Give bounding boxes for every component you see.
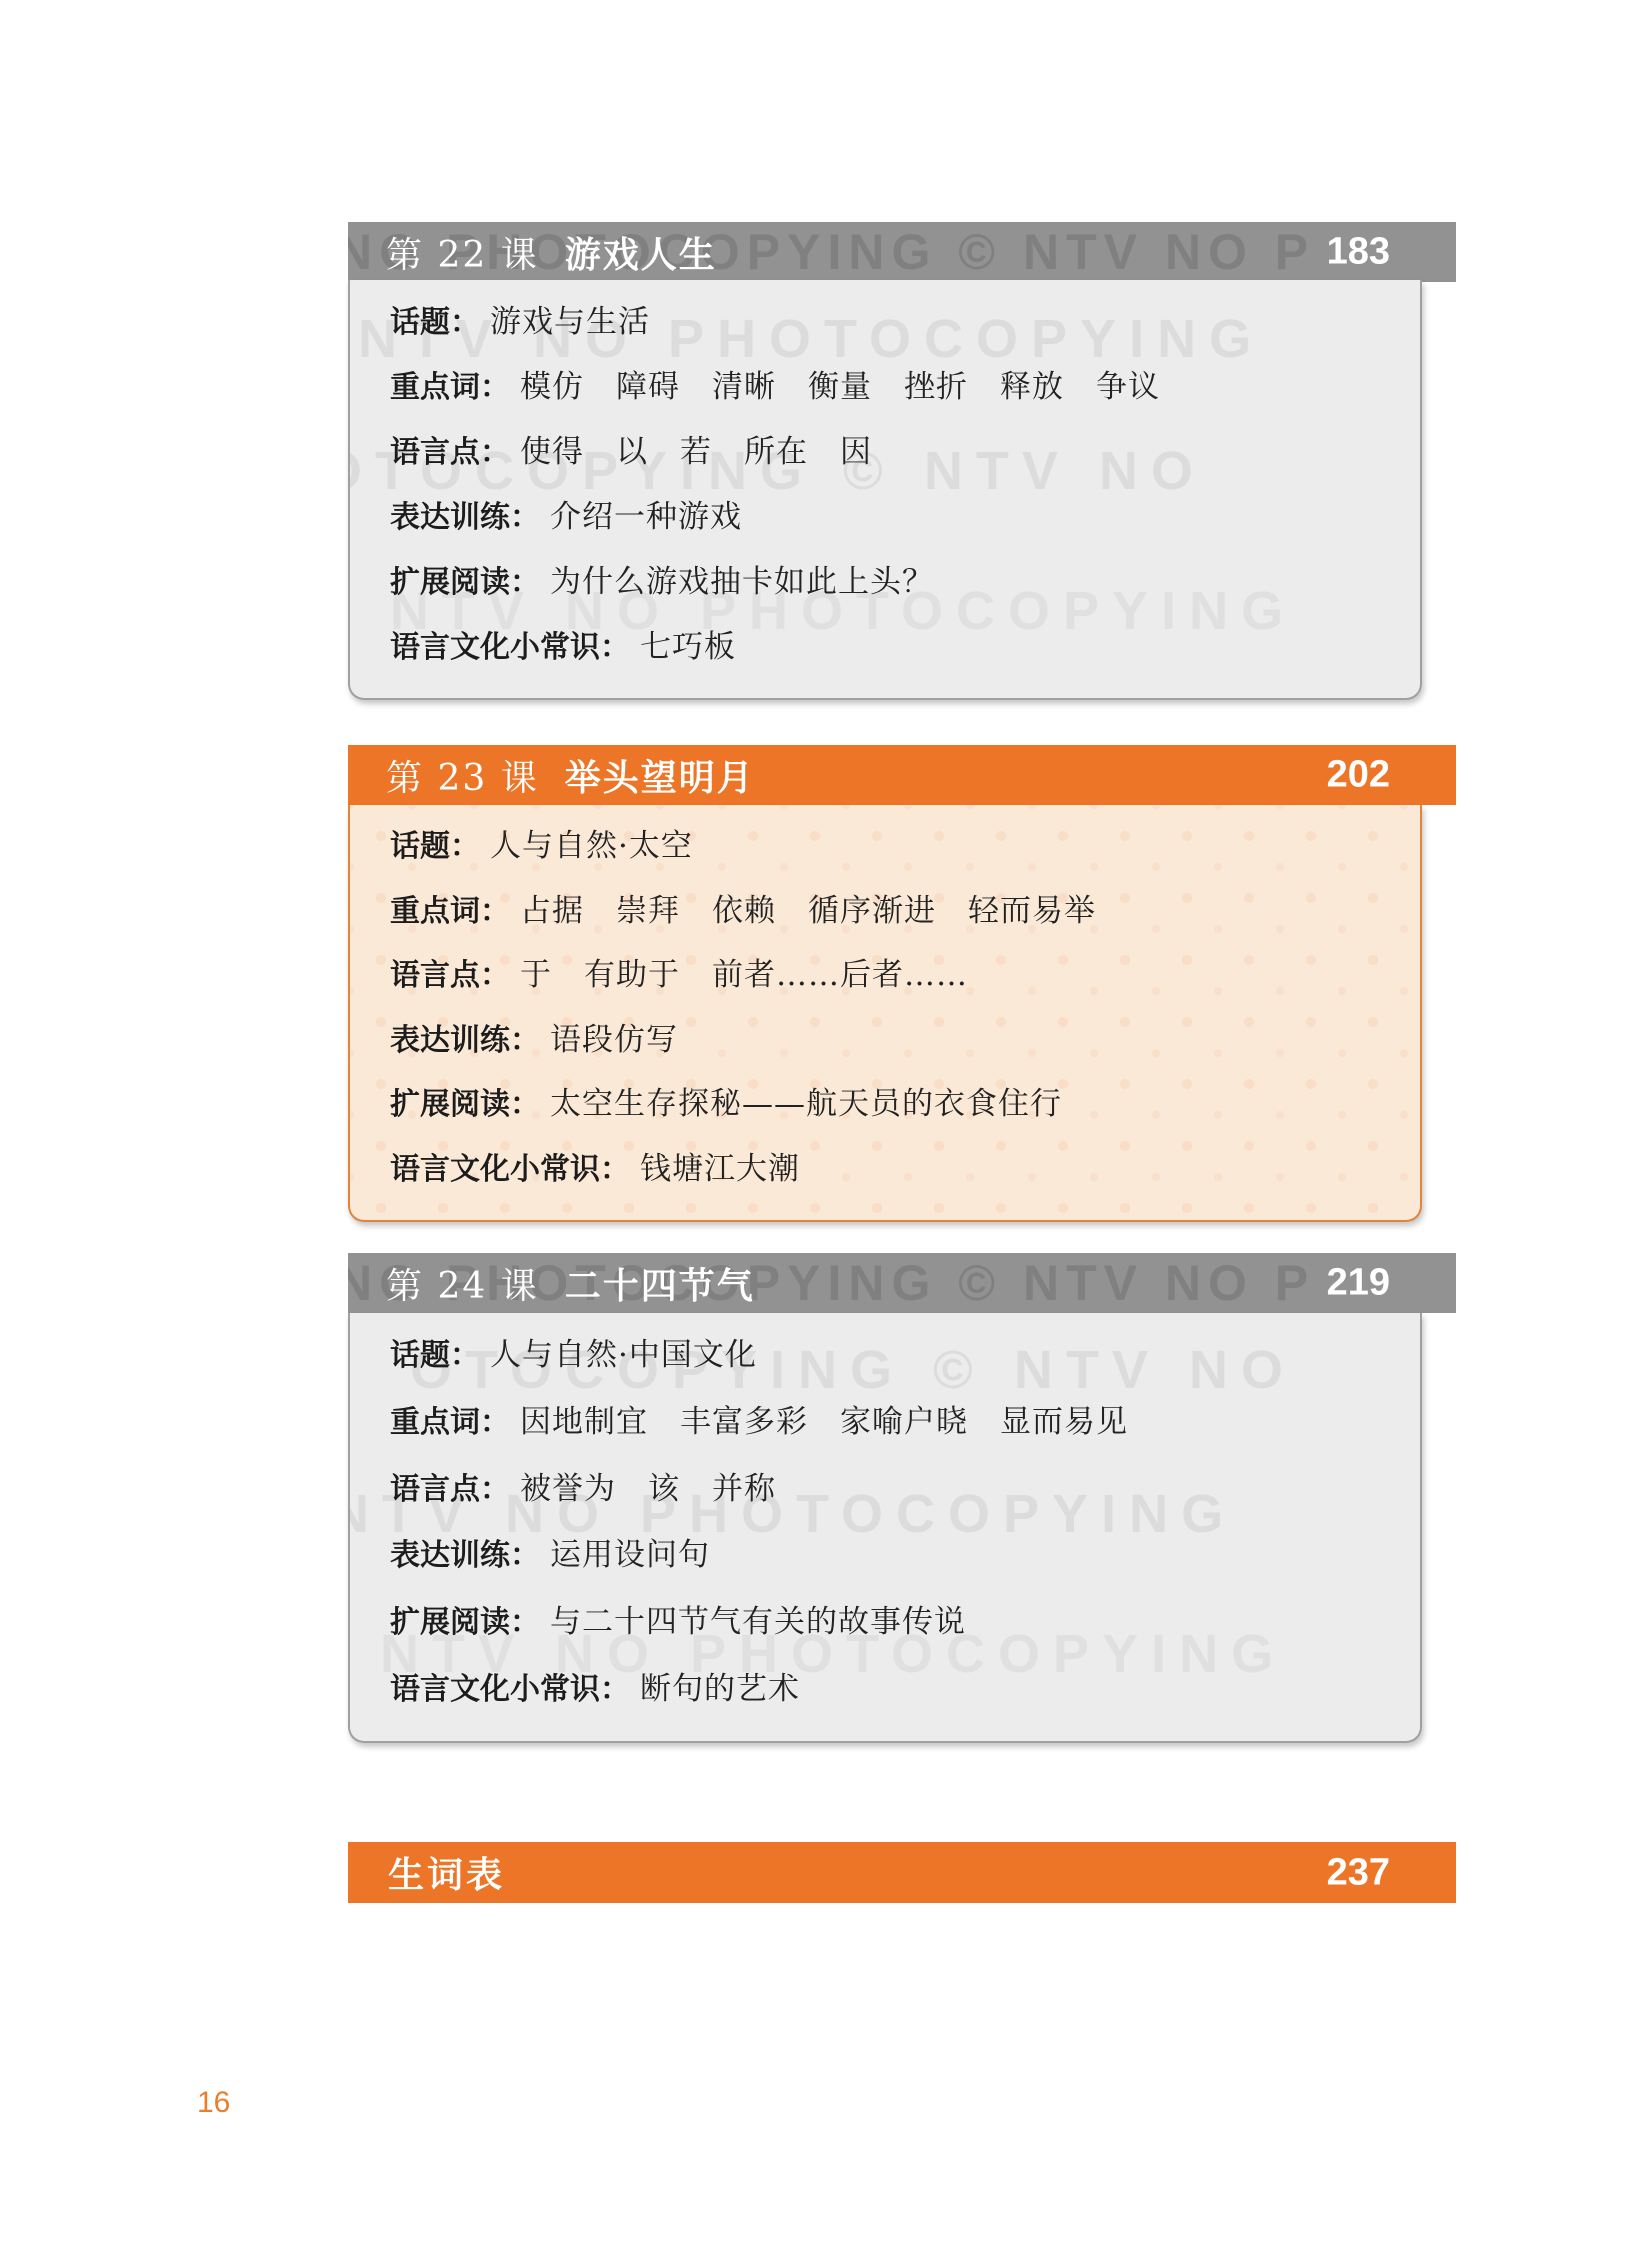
toc-row: 语言文化小常识：七巧板 bbox=[390, 625, 1420, 675]
row-text: 七巧板 bbox=[640, 629, 736, 665]
row-label: 语言文化小常识： bbox=[390, 1672, 630, 1707]
lesson-24-header-bar: NO PHOTOCOPYING © NTV NO P 第 24 课 二十四节气 … bbox=[348, 1253, 1456, 1313]
row-label: 话题： bbox=[390, 305, 480, 340]
row-text: 太空生存探秘——航天员的衣食住行 bbox=[550, 1086, 1062, 1122]
lesson-23-section: 第 23 课 举头望明月 202 话题：人与自然·太空 重点词：占据 崇拜 依赖… bbox=[348, 745, 1456, 1222]
row-label: 重点词： bbox=[390, 894, 510, 929]
vocab-list-title: 生词表 bbox=[388, 1847, 505, 1898]
row-text: 钱塘江大潮 bbox=[640, 1151, 800, 1187]
toc-row: 语言文化小常识：断句的艺术 bbox=[390, 1667, 1420, 1717]
toc-row: 重点词：模仿 障碍 清晰 衡量 挫折 释放 争议 bbox=[390, 365, 1420, 415]
lesson-23-content-box: 话题：人与自然·太空 重点词：占据 崇拜 依赖 循序渐进 轻而易举 语言点：于 … bbox=[348, 805, 1422, 1222]
lesson-22-content-box: NTV NO PHOTOCOPYING OTOCOPYING © NTV NO … bbox=[348, 280, 1422, 700]
row-label: 表达训练： bbox=[390, 500, 540, 535]
row-label: 表达训练： bbox=[390, 1023, 540, 1058]
row-text: 运用设问句 bbox=[550, 1537, 710, 1573]
row-label: 语言点： bbox=[390, 1472, 510, 1507]
lesson-title: 举头望明月 bbox=[565, 750, 755, 801]
row-text: 断句的艺术 bbox=[640, 1671, 800, 1707]
lesson-number: 第 22 课 bbox=[386, 227, 539, 278]
toc-row: 重点词：占据 崇拜 依赖 循序渐进 轻而易举 bbox=[390, 889, 1420, 939]
lesson-title: 二十四节气 bbox=[565, 1258, 755, 1309]
row-text: 占据 崇拜 依赖 循序渐进 轻而易举 bbox=[520, 893, 1096, 929]
row-label: 扩展阅读： bbox=[390, 1605, 540, 1640]
lesson-22-section: NO PHOTOCOPYING © NTV NO P 第 22 课 游戏人生 1… bbox=[348, 222, 1456, 700]
toc-row: 表达训练：语段仿写 bbox=[390, 1018, 1420, 1068]
toc-row: 表达训练：介绍一种游戏 bbox=[390, 495, 1420, 545]
lesson-22-header-bar: NO PHOTOCOPYING © NTV NO P 第 22 课 游戏人生 1… bbox=[348, 222, 1456, 282]
vocab-list-page-number: 237 bbox=[1327, 1851, 1390, 1894]
toc-row: 扩展阅读：为什么游戏抽卡如此上头？ bbox=[390, 560, 1420, 610]
toc-row: 话题：人与自然·中国文化 bbox=[390, 1333, 1420, 1383]
row-label: 表达训练： bbox=[390, 1538, 540, 1573]
row-text: 因地制宜 丰富多彩 家喻户晓 显而易见 bbox=[520, 1404, 1128, 1440]
footer-page-number: 16 bbox=[197, 2086, 230, 2120]
row-label: 语言点： bbox=[390, 958, 510, 993]
row-label: 重点词： bbox=[390, 370, 510, 405]
toc-row: 话题：游戏与生活 bbox=[390, 300, 1420, 350]
toc-row: 语言文化小常识：钱塘江大潮 bbox=[390, 1147, 1420, 1197]
toc-row: 语言点：使得 以 若 所在 因 bbox=[390, 430, 1420, 480]
toc-row: 语言点：被誉为 该 并称 bbox=[390, 1467, 1420, 1517]
row-text: 人与自然·中国文化 bbox=[490, 1337, 757, 1373]
lesson-page-number: 183 bbox=[1327, 231, 1390, 274]
row-text: 使得 以 若 所在 因 bbox=[520, 434, 872, 470]
lesson-title: 游戏人生 bbox=[565, 227, 717, 278]
row-label: 扩展阅读： bbox=[390, 1087, 540, 1122]
lesson-page-number: 202 bbox=[1327, 754, 1390, 797]
row-label: 语言文化小常识： bbox=[390, 1152, 630, 1187]
lesson-page-number: 219 bbox=[1327, 1262, 1390, 1305]
row-label: 重点词： bbox=[390, 1405, 510, 1440]
row-text: 语段仿写 bbox=[550, 1022, 678, 1058]
lesson-24-content-box: OTOCOPYING © NTV NO NTV NO PHOTOCOPYING … bbox=[348, 1313, 1422, 1743]
lesson-number: 第 23 课 bbox=[386, 750, 539, 801]
row-text: 游戏与生活 bbox=[490, 304, 650, 340]
toc-row: 重点词：因地制宜 丰富多彩 家喻户晓 显而易见 bbox=[390, 1400, 1420, 1450]
toc-row: 扩展阅读：太空生存探秘——航天员的衣食住行 bbox=[390, 1082, 1420, 1132]
row-label: 语言文化小常识： bbox=[390, 630, 630, 665]
toc-row: 扩展阅读：与二十四节气有关的故事传说 bbox=[390, 1600, 1420, 1650]
toc-row: 表达训练：运用设问句 bbox=[390, 1533, 1420, 1583]
row-text: 介绍一种游戏 bbox=[550, 499, 742, 535]
row-label: 扩展阅读： bbox=[390, 565, 540, 600]
row-text: 与二十四节气有关的故事传说 bbox=[550, 1604, 966, 1640]
lesson-number: 第 24 课 bbox=[386, 1258, 539, 1309]
vocab-list-bar: 生词表 237 bbox=[348, 1842, 1456, 1903]
row-label: 语言点： bbox=[390, 435, 510, 470]
toc-row: 话题：人与自然·太空 bbox=[390, 824, 1420, 874]
row-label: 话题： bbox=[390, 1338, 480, 1373]
row-label: 话题： bbox=[390, 829, 480, 864]
row-text: 为什么游戏抽卡如此上头？ bbox=[550, 564, 934, 600]
book-page: NO PHOTOCOPYING © NTV NO P 第 22 课 游戏人生 1… bbox=[0, 0, 1651, 2241]
toc-row: 语言点：于 有助于 前者……后者…… bbox=[390, 953, 1420, 1003]
lesson-23-header-bar: 第 23 课 举头望明月 202 bbox=[348, 745, 1456, 805]
row-text: 于 有助于 前者……后者…… bbox=[520, 957, 968, 993]
row-text: 被誉为 该 并称 bbox=[520, 1471, 776, 1507]
row-text: 人与自然·太空 bbox=[490, 828, 693, 864]
row-text: 模仿 障碍 清晰 衡量 挫折 释放 争议 bbox=[520, 369, 1160, 405]
lesson-24-section: NO PHOTOCOPYING © NTV NO P 第 24 课 二十四节气 … bbox=[348, 1253, 1456, 1743]
